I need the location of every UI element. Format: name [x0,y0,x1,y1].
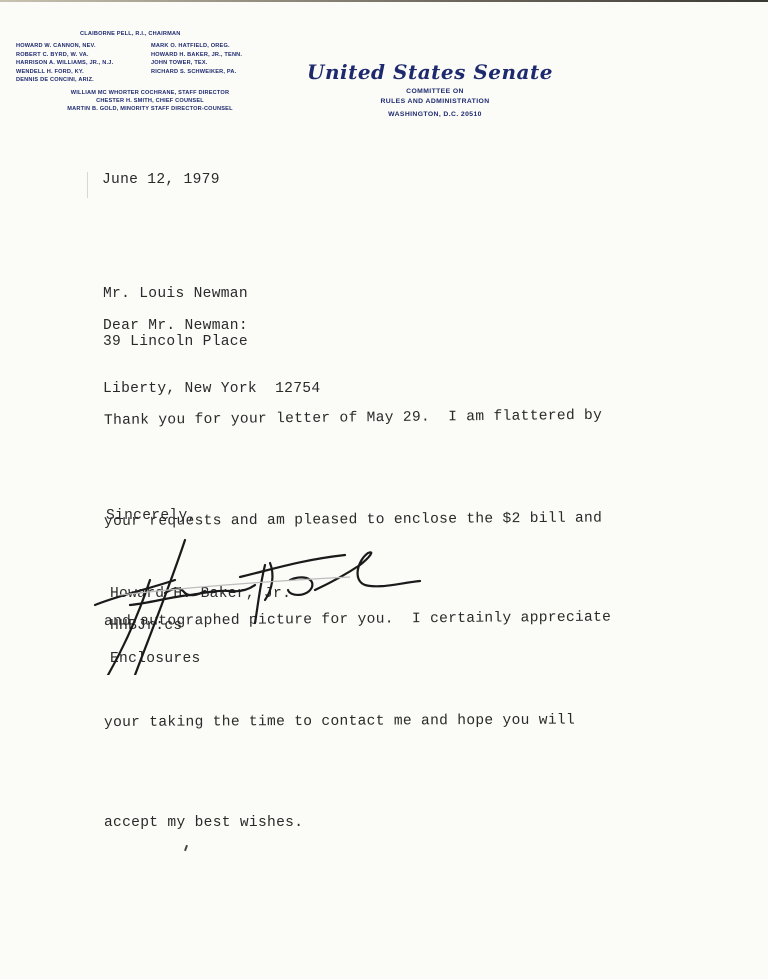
member-name: ROBERT C. BYRD, W. VA. [16,51,113,60]
member-name: HOWARD H. BAKER, JR., TENN. [151,51,242,60]
closing: Sincerely, [106,508,197,524]
body-line: Thank you for your letter of May 29. I a… [104,400,612,439]
senate-title: United States Senate [290,60,570,84]
committee-address: WASHINGTON, D.C. 20510 [300,110,570,120]
letterhead-title-block: United States Senate COMMITTEE ON RULES … [300,60,570,120]
letter-body: Thank you for your letter of May 29. I a… [104,338,611,874]
recipient-name: Mr. Louis Newman [103,287,320,303]
member-name: RICHARD S. SCHWEIKER, PA. [151,68,242,77]
page-top-edge [0,0,768,2]
margin-mark [87,172,88,198]
signer-name: Howard H. Baker, Jr. [110,586,291,602]
member-name: MARK O. HATFIELD, OREG. [151,42,242,51]
body-line: accept my best wishes. [104,807,611,841]
chairman-line: CLAIBORNE PELL, R.I., CHAIRMAN [80,31,180,37]
member-name: DENNIS DE CONCINI, ARIZ. [16,76,113,85]
member-name: WENDELL H. FORD, KY. [16,68,113,77]
salutation: Dear Mr. Newman: [103,318,248,334]
member-name: HOWARD W. CANNON, NEV. [16,42,113,51]
committee-line-1: COMMITTEE ON [300,87,570,97]
committee-name: COMMITTEE ON RULES AND ADMINISTRATION WA… [300,87,570,120]
members-left-column: HOWARD W. CANNON, NEV. ROBERT C. BYRD, W… [16,42,113,85]
letter-date: June 12, 1979 [102,172,220,188]
enclosures-note: Enclosures [110,651,201,667]
body-line: your taking the time to contact me and h… [104,704,611,740]
committee-line-2: RULES AND ADMINISTRATION [300,97,570,107]
staff-list: WILLIAM MC WHORTER COCHRANE, STAFF DIREC… [0,89,300,114]
staff-line: WILLIAM MC WHORTER COCHRANE, STAFF DIREC… [0,89,300,97]
typist-initials: HHBJr:cs [110,618,182,634]
member-name: HARRISON A. WILLIAMS, JR., N.J. [16,59,113,68]
staff-line: CHESTER H. SMITH, CHIEF COUNSEL [0,97,300,105]
members-right-column: MARK O. HATFIELD, OREG. HOWARD H. BAKER,… [151,42,242,76]
staff-line: MARTIN B. GOLD, MINORITY STAFF DIRECTOR-… [0,105,300,113]
member-name: JOHN TOWER, TEX. [151,59,242,68]
